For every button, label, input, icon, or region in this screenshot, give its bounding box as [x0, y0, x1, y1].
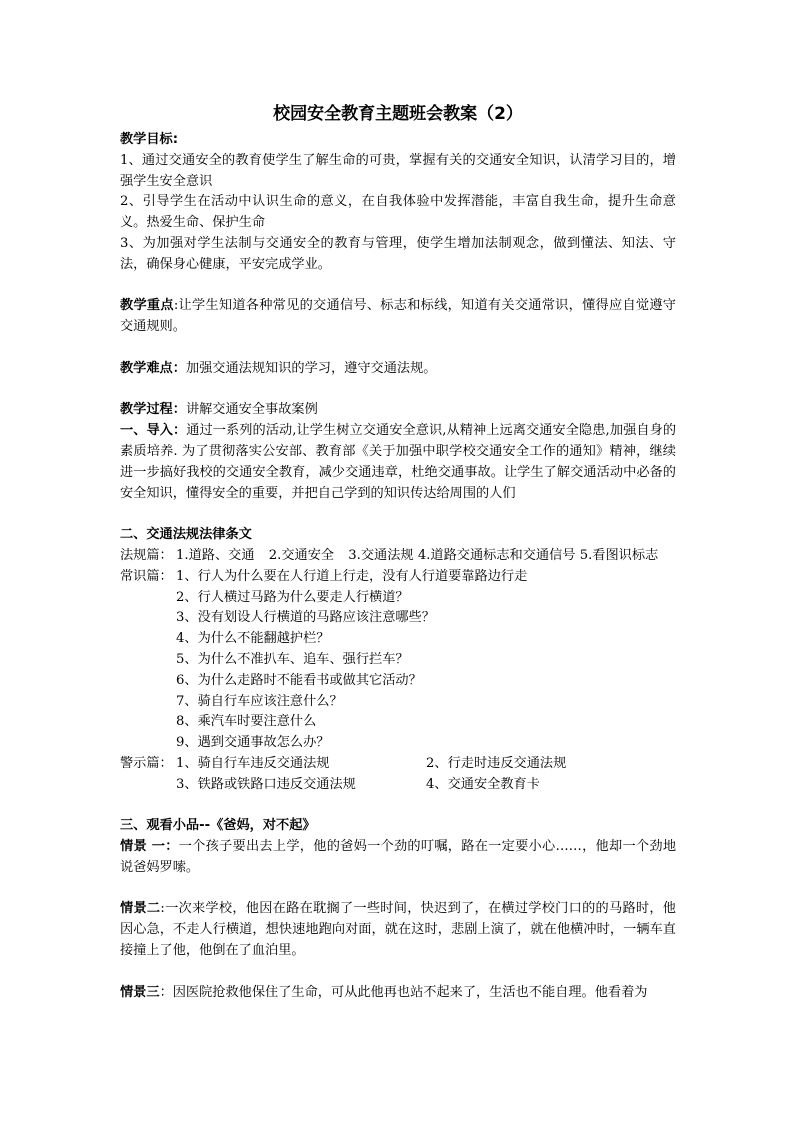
regulation-item: 5.看图识标志 — [580, 548, 659, 563]
document-page: 校园安全教育主题班会教案（2） 教学目标: 1、通过交通安全的教育使学生了解生命… — [120, 102, 676, 1003]
section1-intro: 一、导入：通过一系列的活动,让学生树立交通安全意识,从精神上远离交通安全隐患,加… — [120, 421, 676, 504]
warning-item: 1、骑自行车违反交通法规 — [176, 754, 426, 775]
common-sense-item: 4、为什么不能翻越护栏？ — [120, 629, 676, 650]
regulation-item: 1.道路、交通 — [176, 548, 255, 563]
scene-1: 情景 一：一个孩子要出去上学，他的爸妈一个劲的叮嘱，路在一定要小心……，他却一个… — [120, 837, 676, 879]
objectives-section: 教学目标: 1、通过交通安全的教育使学生了解生命的可贵，掌握有关的交通安全知识，… — [120, 130, 676, 276]
common-sense-row: 常识篇： 1、行人为什么要在人行道上行走，没有人行道要靠路边行走 — [120, 567, 676, 588]
warnings-row-2: 3、铁路或铁路口违反交通法规 4、交通安全教育卡 — [120, 775, 676, 796]
scene-label: 情景 一： — [120, 839, 179, 854]
scene-text: :一次来学校，他因在路在耽搁了一些时间，快迟到了，在横过学校门口的的马路时，他因… — [120, 901, 676, 958]
process: 教学过程：讲解交通安全事故案例 — [120, 400, 676, 421]
warnings-row: 警示篇： 1、骑自行车违反交通法规 2、行走时违反交通法规 — [120, 754, 676, 775]
section3-heading: 三、观看小品--《爸妈，对不起》 — [120, 816, 676, 837]
common-sense-item: 9、遇到交通事故怎么办？ — [120, 733, 676, 754]
common-sense-item: 6、为什么走路时不能看书或做其它活动？ — [120, 671, 676, 692]
process-text: 讲解交通安全事故案例 — [186, 402, 318, 417]
section1-label: 一、导入： — [120, 423, 186, 438]
difficulties: 教学难点：加强交通法规知识的学习，遵守交通法规。 — [120, 359, 676, 380]
common-sense-item: 3、没有划设人行横道的马路应该注意哪些？ — [120, 608, 676, 629]
common-sense-label: 常识篇： — [120, 567, 176, 588]
warnings-label: 警示篇： — [120, 754, 176, 775]
regulations-row: 法规篇： 1.道路、交通 2.交通安全 3.交通法规 4.道路交通标志和交通信号… — [120, 546, 676, 567]
common-sense-item: 2、行人横过马路为什么要走人行横道？ — [120, 588, 676, 609]
section2-heading: 二、交通法规法律条文 — [120, 525, 676, 546]
objective-item: 2、引导学生在活动中认识生命的意义，在自我体验中发挥潜能，丰富自我生命，提升生命… — [120, 192, 676, 234]
common-sense-item: 7、骑自行车应该注意什么？ — [120, 692, 676, 713]
difficulties-text: 加强交通法规知识的学习，遵守交通法规。 — [186, 361, 437, 376]
objective-item: 1、通过交通安全的教育使学生了解生命的可贵，掌握有关的交通安全知识，认清学习目的… — [120, 151, 676, 193]
regulation-item: 3.交通法规 — [348, 548, 413, 563]
common-sense-item: 5、为什么不准扒车、追车、强行拦车？ — [120, 650, 676, 671]
scene-label: 情景二 — [120, 901, 160, 916]
document-title: 校园安全教育主题班会教案（2） — [120, 102, 676, 126]
process-label: 教学过程： — [120, 402, 186, 417]
common-sense-item: 8、乘汽车时要注意什么 — [120, 712, 676, 733]
scene-text: 一个孩子要出去上学，他的爸妈一个劲的叮嘱，路在一定要小心……，他却一个劲地说爸妈… — [120, 839, 676, 875]
key-points-text: :让学生知道各种常见的交通信号、标志和标线，知道有关交通常识，懂得应自觉遵守交通… — [120, 298, 676, 334]
scene-2: 情景二:一次来学校，他因在路在耽搁了一些时间，快迟到了，在横过学校门口的的马路时… — [120, 899, 676, 961]
warning-item: 3、铁路或铁路口违反交通法规 — [176, 775, 426, 796]
objective-item: 3、为加强对学生法制与交通安全的教育与管理，使学生增加法制观念，做到懂法、知法、… — [120, 234, 676, 276]
warning-item: 2、行走时违反交通法规 — [426, 754, 566, 775]
difficulties-label: 教学难点： — [120, 361, 186, 376]
warning-item: 4、交通安全教育卡 — [426, 775, 540, 796]
regulations-label: 法规篇： — [120, 546, 176, 567]
regulation-item: 4.道路交通标志和交通信号 — [418, 548, 576, 563]
regulation-item: 2.交通安全 — [269, 548, 334, 563]
common-sense-item: 1、行人为什么要在人行道上行走，没有人行道要靠路边行走 — [176, 567, 527, 588]
key-points-label: 教学重点 — [120, 298, 174, 313]
scene-text: ：因医院抢救他保住了生命，可从此他再也站不起来了，生活也不能自理。他看着为 — [160, 985, 648, 1000]
objectives-heading: 教学目标: — [120, 130, 676, 151]
scene-3: 情景三：因医院抢救他保住了生命，可从此他再也站不起来了，生活也不能自理。他看着为 — [120, 983, 676, 1004]
key-points: 教学重点:让学生知道各种常见的交通信号、标志和标线，知道有关交通常识，懂得应自觉… — [120, 296, 676, 338]
section1-text: 通过一系列的活动,让学生树立交通安全意识,从精神上远离交通安全隐患,加强自身的素… — [120, 423, 676, 500]
scene-label: 情景三 — [120, 985, 160, 1000]
